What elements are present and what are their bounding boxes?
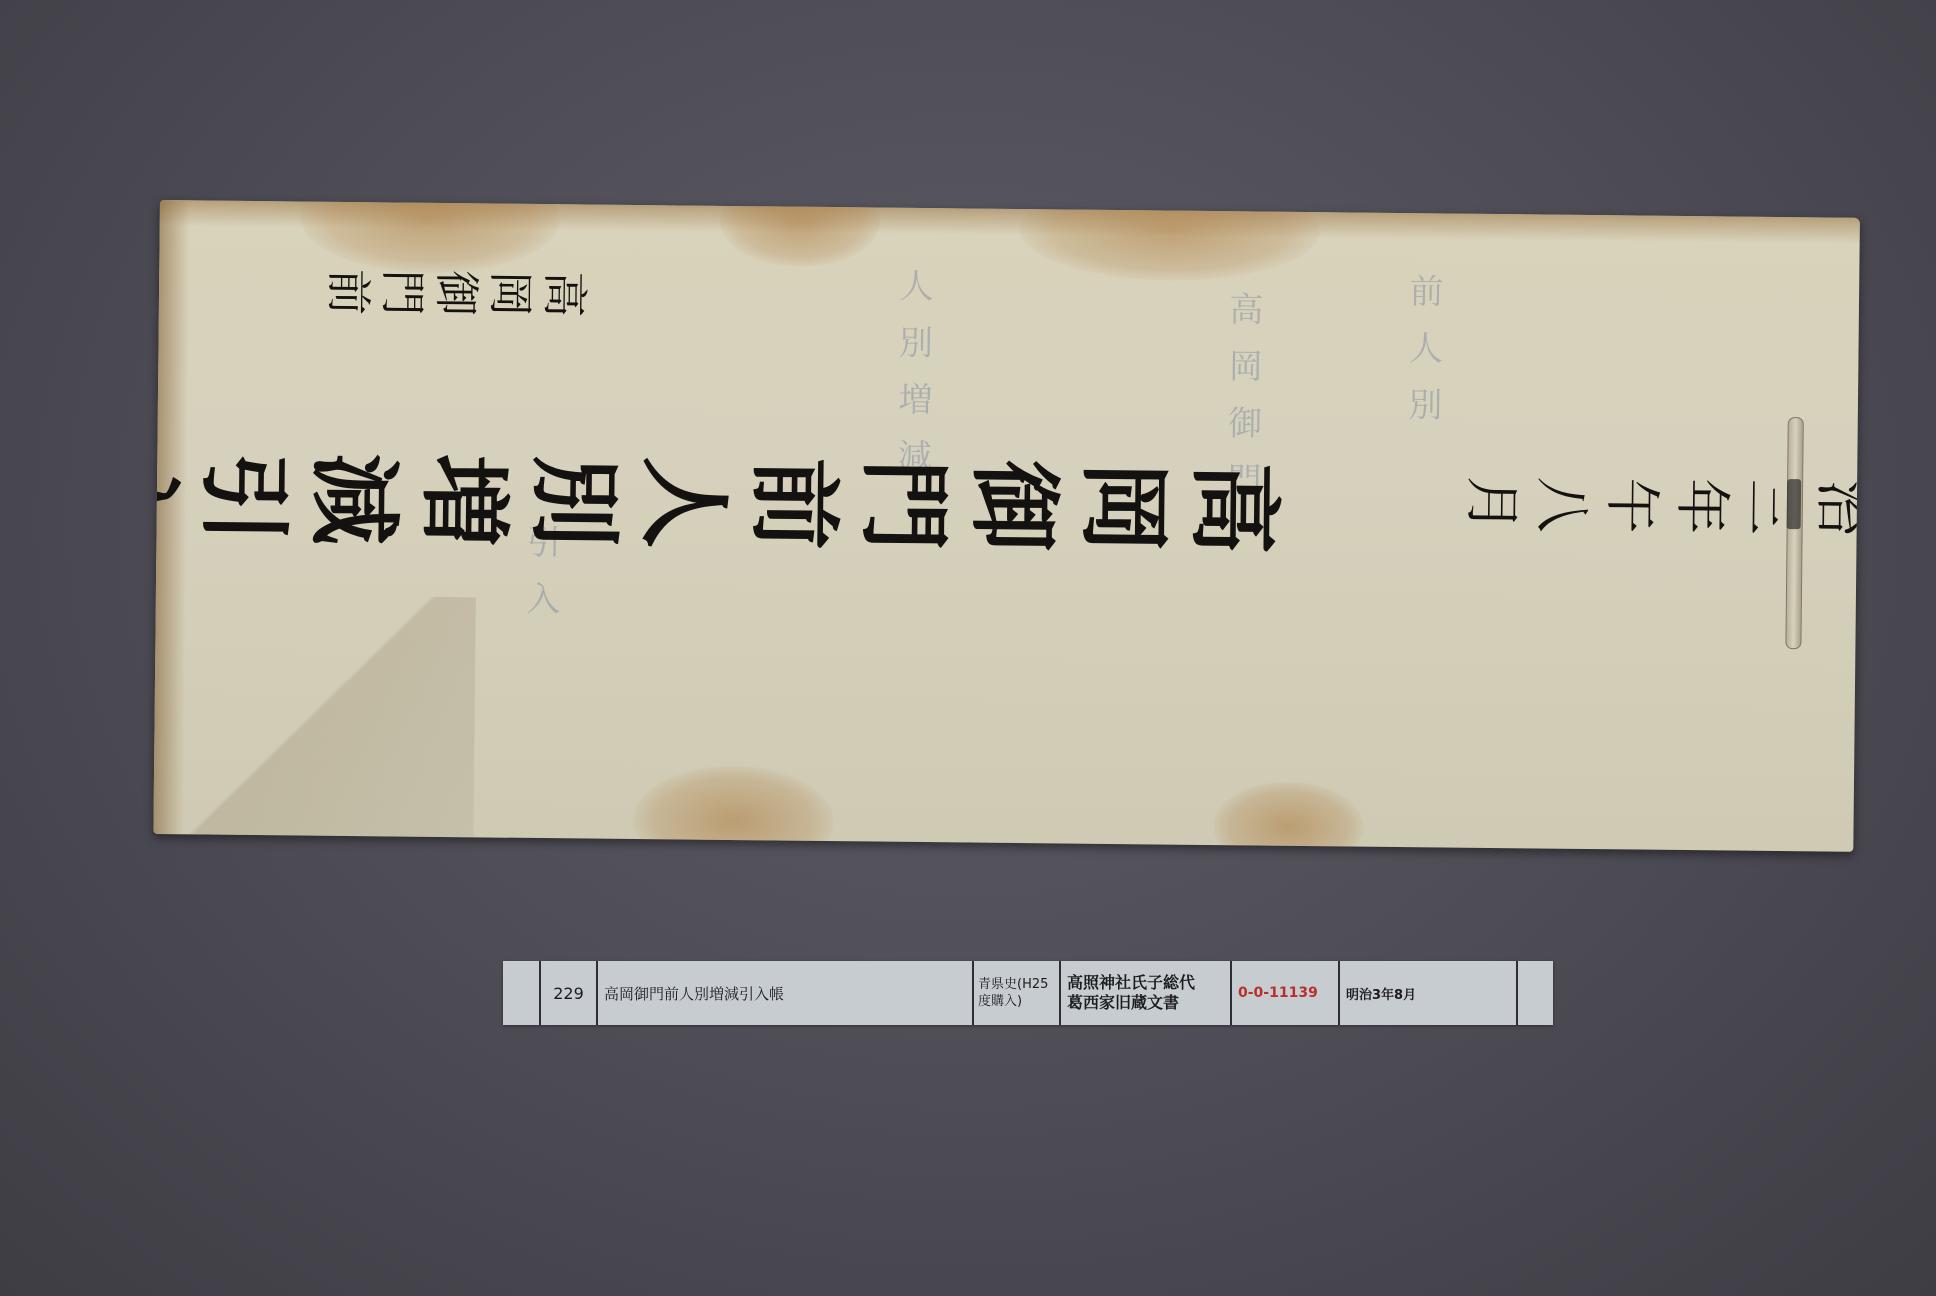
manuscript-date: 明治三年午八月 <box>1242 466 1860 543</box>
folded-corner <box>153 594 475 837</box>
bleed-through-text: 前 人 別 <box>1398 273 1449 427</box>
label-source: 青県史(H25 度購入) <box>974 961 1061 1025</box>
label-blank-cell <box>1518 961 1553 1025</box>
binding-mark <box>1787 479 1802 529</box>
water-stain <box>1019 200 1320 282</box>
water-stain <box>633 765 834 852</box>
label-title: 高岡御門前人別増減引入帳 <box>598 961 974 1025</box>
manuscript-title: 高岡御門前人別増減引入帳 <box>282 425 1283 567</box>
label-collection: 高照神社氏子総代 葛西家旧蔵文書 <box>1061 961 1232 1025</box>
label-source-line1: 青県史(H25 <box>978 976 1048 993</box>
label-date: 明治3年8月 <box>1340 961 1518 1025</box>
label-source-line2: 度購入) <box>978 993 1048 1010</box>
label-collection-line1: 高照神社氏子総代 <box>1067 973 1195 993</box>
label-blank-cell <box>503 961 541 1025</box>
catalog-label: 229 高岡御門前人別増減引入帳 青県史(H25 度購入) 高照神社氏子総代 葛… <box>503 961 1553 1025</box>
label-collection-line2: 葛西家旧蔵文書 <box>1067 993 1195 1013</box>
water-stain <box>719 200 880 268</box>
manuscript-corner-note: 高岡御門前 <box>189 260 590 324</box>
label-catalog-number: 0-0-11139 <box>1232 961 1340 1025</box>
binding-strip <box>1785 417 1803 649</box>
water-stain <box>1213 781 1364 852</box>
label-index: 229 <box>541 961 598 1025</box>
manuscript-document: 人 別 増 減 高 岡 御 門 前 人 別 引 入 高岡御門前人別増減引入帳 明… <box>153 200 1860 852</box>
